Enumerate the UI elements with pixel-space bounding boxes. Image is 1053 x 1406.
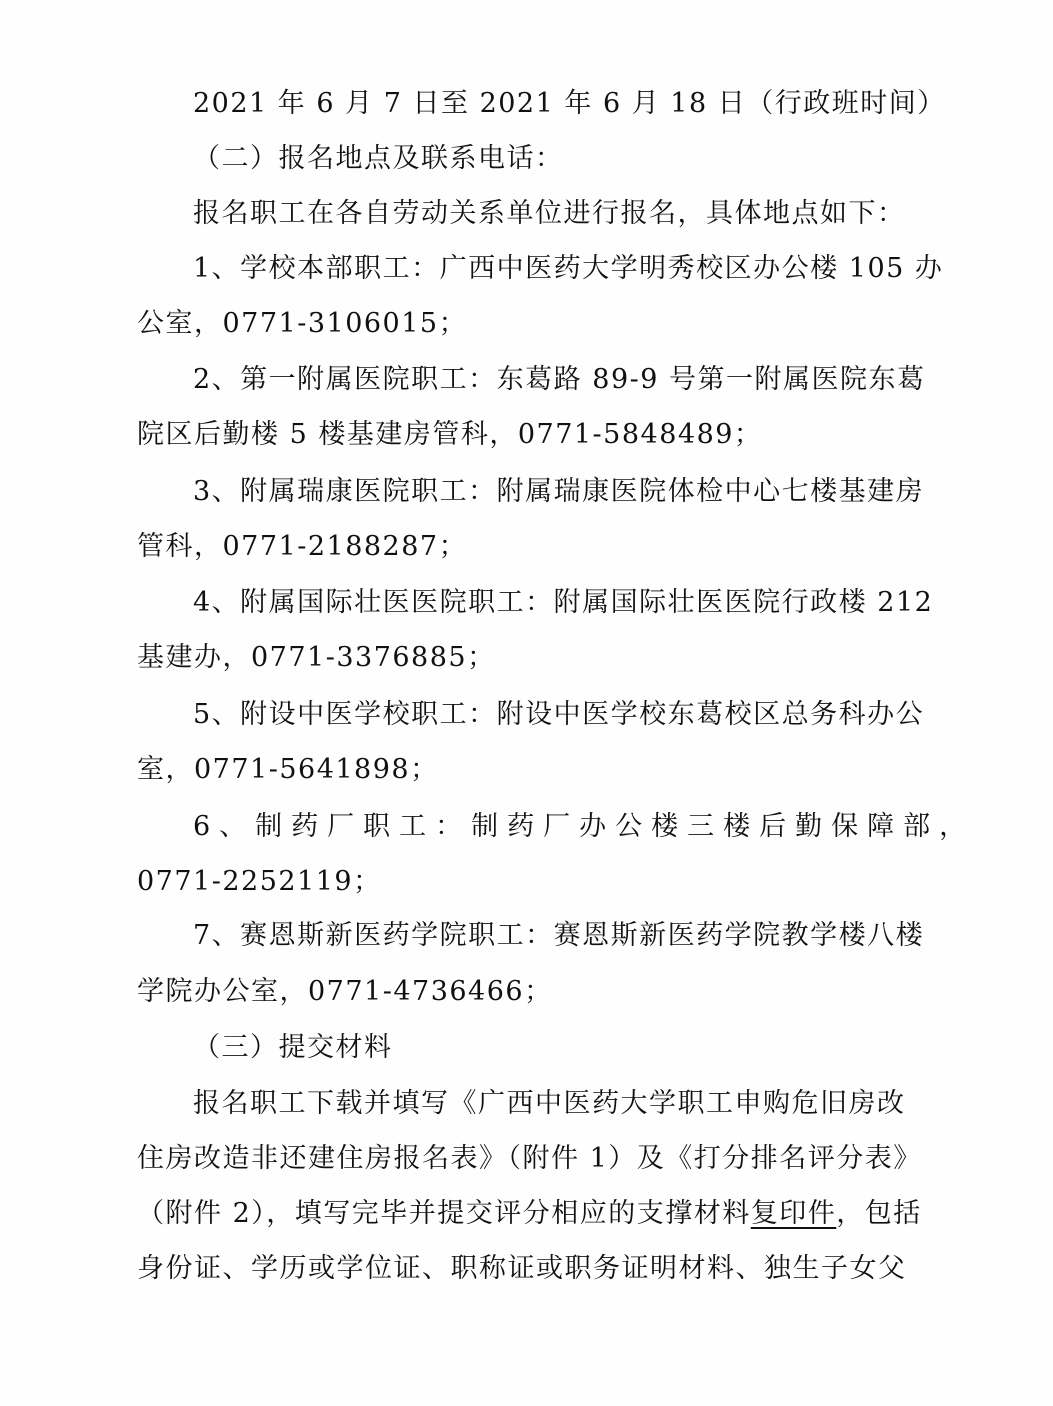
materials-text-after: ，包括 — [836, 1198, 922, 1229]
section-heading-location-contact: （二）报名地点及联系电话： — [193, 141, 927, 177]
registration-period-line: 2021 年 6 月 7 日至 2021 年 6 月 18 日（行政班时间） — [193, 86, 927, 122]
document-page: 2021 年 6 月 7 日至 2021 年 6 月 18 日（行政班时间） （… — [0, 0, 1053, 1406]
list-item-1-line-1: 1、学校本部职工：广西中医药大学明秀校区办公楼 105 办 — [193, 251, 927, 287]
list-item-4-line-2: 基建办，0771-3376885； — [137, 640, 927, 676]
list-item-2-line-1: 2、第一附属医院职工：东葛路 89-9 号第一附属医院东葛 — [193, 362, 927, 398]
list-item-1-line-2: 公室，0771-3106015； — [137, 306, 927, 342]
materials-text-before: （附件 2），填写完毕并提交评分相应的支撑材料 — [137, 1198, 751, 1229]
list-item-6-line-1: 6、制药厂职工：制药厂办公楼三楼后勤保障部， — [193, 809, 927, 845]
list-item-3-line-2: 管科，0771-2188287； — [137, 529, 927, 565]
list-item-7-line-1: 7、赛恩斯新医药学院职工：赛恩斯新医药学院教学楼八楼 — [193, 918, 927, 954]
list-item-4-line-1: 4、附属国际壮医医院职工：附属国际壮医医院行政楼 212 — [193, 585, 927, 621]
paragraph-materials-line-3: （附件 2），填写完毕并提交评分相应的支撑材料复印件，包括 — [137, 1196, 927, 1232]
list-item-7-line-2: 学院办公室，0771-4736466； — [137, 974, 927, 1010]
paragraph-materials-line-1: 报名职工下载并填写《广西中医药大学职工申购危旧房改 — [193, 1086, 927, 1122]
list-item-5-line-2: 室，0771-5641898； — [137, 752, 927, 788]
paragraph-intro: 报名职工在各自劳动关系单位进行报名，具体地点如下： — [193, 196, 927, 232]
paragraph-materials-line-4: 身份证、学历或学位证、职称证或职务证明材料、独生子女父 — [137, 1251, 927, 1287]
paragraph-materials-line-2: 住房改造非还建住房报名表》（附件 1）及《打分排名评分表》 — [137, 1141, 927, 1177]
list-item-5-line-1: 5、附设中医学校职工：附设中医学校东葛校区总务科办公 — [193, 697, 927, 733]
section-heading-submit-materials: （三）提交材料 — [193, 1030, 927, 1066]
list-item-2-line-2: 院区后勤楼 5 楼基建房管科，0771-5848489； — [137, 417, 927, 453]
list-item-3-line-1: 3、附属瑞康医院职工：附属瑞康医院体检中心七楼基建房 — [193, 474, 927, 510]
list-item-6-line-2: 0771-2252119； — [137, 864, 927, 900]
copies-underlined-text: 复印件 — [751, 1198, 837, 1229]
